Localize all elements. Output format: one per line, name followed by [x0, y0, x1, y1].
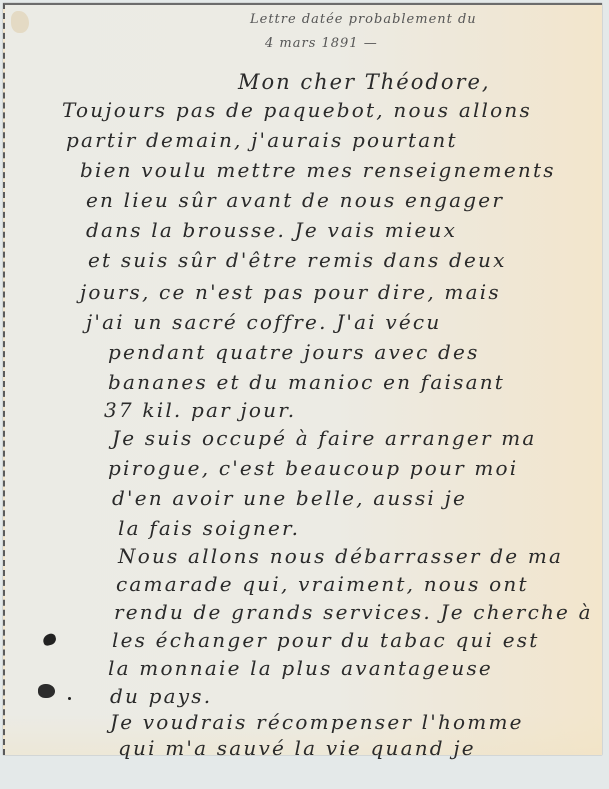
letter-line: 37 kil. par jour. — [104, 398, 296, 422]
letter-line: jours, ce n'est pas pour dire, mais — [80, 280, 501, 304]
letter-line: Je suis occupé à faire arranger ma — [112, 426, 537, 450]
letter-line: dans la brousse. Je vais mieux — [86, 218, 457, 242]
letter-line: pirogue, c'est beaucoup pour moi — [108, 456, 518, 480]
letter-line: bananes et du manioc en faisant — [108, 370, 505, 394]
salutation: Mon cher Théodore, — [238, 70, 491, 94]
letter-line: et suis sûr d'être remis dans deux — [88, 248, 507, 272]
letter-line: j'ai un sacré coffre. J'ai vécu — [86, 310, 441, 334]
header-note-line2: 4 mars 1891 — — [265, 36, 378, 51]
letter-line: Toujours pas de paquebot, nous allons — [62, 98, 532, 122]
letter-line: les échanger pour du tabac qui est — [112, 628, 539, 652]
corner-stain — [11, 11, 29, 33]
letter-line: la fais soigner. — [118, 516, 300, 540]
ink-speck — [68, 697, 71, 700]
letter-line: Je voudrais récompenser l'homme — [110, 710, 524, 734]
letter-line: en lieu sûr avant de nous engager — [86, 188, 504, 212]
letter-line: camarade qui, vraiment, nous ont — [116, 572, 529, 596]
header-note-line1: Lettre datée probablement du — [250, 12, 477, 27]
letter-line: rendu de grands services. Je cherche à — [114, 600, 593, 624]
letter-line: pendant quatre jours avec des — [108, 340, 480, 364]
ink-blot — [38, 684, 55, 698]
letter-line: partir demain, j'aurais pourtant — [66, 128, 458, 152]
letter-line: qui m'a sauvé la vie quand je — [118, 736, 476, 760]
letter-line: bien voulu mettre mes renseignements — [80, 158, 556, 182]
letter-line: la monnaie la plus avantageuse — [108, 656, 493, 680]
letter-line: Nous allons nous débarrasser de ma — [118, 544, 563, 568]
letter-line: d'en avoir une belle, aussi je — [112, 486, 467, 510]
letter-line: du pays. — [110, 684, 212, 708]
